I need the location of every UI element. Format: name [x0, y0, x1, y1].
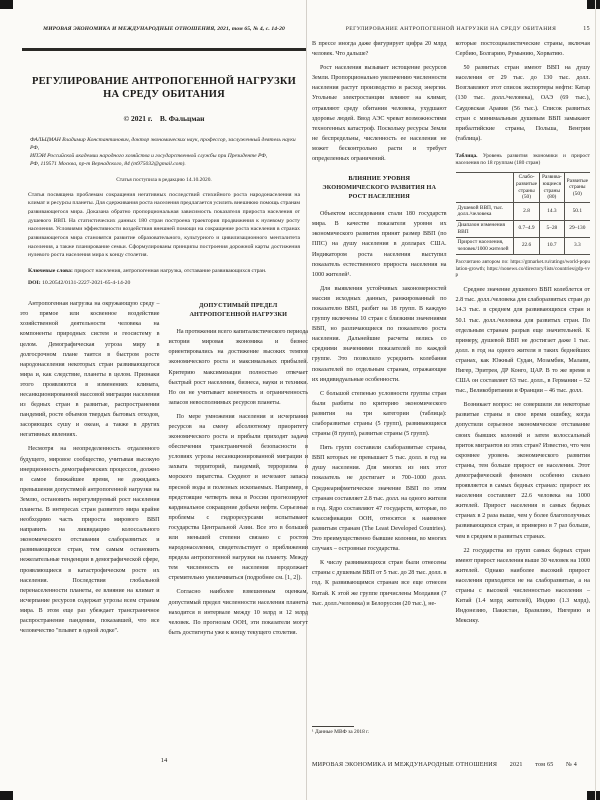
table-header-cell — [456, 172, 514, 202]
title-rule — [22, 48, 306, 51]
affiliation-line: ФАЛЬЦМАН Владимир Константинович, доктор… — [30, 136, 298, 152]
column-2: которые постсоциалистические страны, вкл… — [456, 39, 591, 626]
paragraph: 22 государства из групп самых бедных стр… — [456, 546, 591, 627]
column-1: Антропогенная нагрузка на окружающую сре… — [20, 299, 160, 638]
paragraph: Согласно наиболее взвешенным оценкам, до… — [169, 587, 309, 637]
table-header-cell: Развива-ющиеся страны (80) — [540, 172, 565, 202]
page-number: 14 — [20, 757, 308, 764]
journal-footer: МИРОВАЯ ЭКОНОМИКА И МЕЖДУНАРОДНЫЕ ОТНОШЕ… — [312, 762, 590, 768]
keywords-line: Ключевые слова: прирост населения, антро… — [28, 267, 300, 275]
keywords-label: Ключевые слова: — [28, 268, 73, 274]
body-columns: В прессе иногда даже фигурирует цифра 20… — [312, 39, 590, 626]
cell-value: 0.7–4.9 — [514, 220, 540, 237]
scanned-journal-spread: МИРОВАЯ ЭКОНОМИКА И МЕЖДУНАРОДНЫЕ ОТНОШЕ… — [0, 0, 600, 800]
scan-corner-mark — [587, 791, 600, 800]
cell-value: 29–130 — [564, 220, 590, 237]
copyright-author: © 2021 г. В. Фальцман — [20, 114, 308, 123]
affiliation-line: РФ, 119571 Москва, пр-т Вернадского, 84 … — [30, 160, 298, 168]
scan-corner-mark — [0, 0, 13, 9]
table-row: Диапазон изменения ВВП 0.7–4.9 5–28 29–1… — [456, 220, 591, 237]
footnote: ¹ Данные МВФ за 2018 г. — [312, 726, 444, 736]
article-title-line2: НА СРЕДУ ОБИТАНИЯ — [103, 89, 225, 100]
cell-value: 2.8 — [514, 203, 540, 220]
paragraph: Объектом исследования стали 180 государс… — [312, 209, 447, 280]
paragraph: По мере умножения населения и исчерпания… — [169, 412, 309, 584]
paragraph: Среднее значение душевого ВВП колеблется… — [456, 285, 591, 396]
table-header-cell: Слабо-развитые страны (50) — [514, 172, 540, 202]
footnote-text: ¹ Данные МВФ за 2018 г. — [312, 729, 444, 736]
table-caption: Таблица. Уровень развития экономики и пр… — [456, 153, 591, 167]
page-14: МИРОВАЯ ЭКОНОМИКА И МЕЖДУНАРОДНЫЕ ОТНОШЕ… — [20, 26, 308, 786]
abstract: Статья посвящена проблемам сокращения не… — [28, 191, 300, 261]
page-15: РЕГУЛИРОВАНИЕ АНТРОПОГЕННОЙ НАГРУЗКИ НА … — [312, 26, 590, 786]
doi-label: DOI: — [28, 280, 41, 286]
cell-value: 5–28 — [540, 220, 565, 237]
table-header-cell: Развитые страны (50) — [564, 172, 590, 202]
paragraph: 50 развитых стран имеют ВВП на душу насе… — [456, 63, 591, 144]
cell-value: 50.1 — [564, 203, 590, 220]
section-heading: ВЛИЯНИЕ УРОВНЯ ЭКОНОМИЧЕСКОГО РАЗВИТИЯ Н… — [322, 174, 437, 201]
cell-value: 10.7 — [540, 237, 565, 254]
running-head: РЕГУЛИРОВАНИЕ АНТРОПОГЕННОЙ НАГРУЗКИ НА … — [312, 26, 590, 32]
received-date: Статья поступила в редакцию 14.10.2020. — [20, 177, 308, 183]
paragraph: К числу развивающихся стран были отнесен… — [312, 558, 447, 608]
paragraph: С большой степенью условности группы стр… — [312, 389, 447, 439]
cell-value: 14.3 — [540, 203, 565, 220]
paragraph: Пять групп составили слаборазвитые стран… — [312, 443, 447, 554]
table-row: Прирост населения, человек/1000 жителей … — [456, 237, 591, 254]
table-source-note: Рассчитано автором по: https://gtmarket.… — [456, 259, 591, 279]
scan-corner-mark — [587, 0, 600, 9]
affiliation-line: ИПЭИ Российской академии народного хозяй… — [30, 152, 298, 160]
article-title: РЕГУЛИРОВАНИЕ АНТРОПОГЕННОЙ НАГРУЗКИ НА … — [26, 75, 302, 101]
data-table: Слабо-развитые страны (50) Развива-ющиес… — [456, 172, 591, 255]
section-heading: ДОПУСТИМЫЙ ПРЕДЕЛ АНТРОПОГЕННОЙ НАГРУЗКИ — [179, 301, 299, 319]
paragraph: В прессе иногда даже фигурирует цифра 20… — [312, 39, 447, 59]
paragraph: На протяжении всего капиталистического п… — [169, 327, 309, 408]
doi-value: 10.20542/0131-2227-2021-65-4-14-20 — [42, 280, 130, 286]
footnote-rule — [312, 726, 354, 727]
paragraph: Несмотря на неопределенность отдаленного… — [20, 444, 160, 636]
body-columns: Антропогенная нагрузка на окружающую сре… — [20, 299, 308, 638]
article-title-line1: РЕГУЛИРОВАНИЕ АНТРОПОГЕННОЙ НАГРУЗКИ — [32, 76, 296, 87]
table-caption-label: Таблица. — [456, 153, 478, 159]
keywords-text: прирост населения, антропогенная нагрузк… — [74, 268, 266, 274]
running-head: МИРОВАЯ ЭКОНОМИКА И МЕЖДУНАРОДНЫЕ ОТНОШЕ… — [20, 26, 308, 32]
page-number: 15 — [583, 26, 590, 32]
running-head-title: РЕГУЛИРОВАНИЕ АНТРОПОГЕННОЙ НАГРУЗКИ НА … — [346, 26, 556, 32]
paragraph: Антропогенная нагрузка на окружающую сре… — [20, 299, 160, 440]
paragraph: которые постсоциалистические страны, вкл… — [456, 39, 591, 59]
table-header-row: Слабо-развитые страны (50) Развива-ющиес… — [456, 172, 591, 202]
cell-value: 3.3 — [564, 237, 590, 254]
paragraph: Возникает вопрос: не совершили ли некото… — [456, 400, 591, 541]
author-affiliation: ФАЛЬЦМАН Владимир Константинович, доктор… — [30, 136, 298, 168]
row-label: Душевой ВВП, тыс. долл./человека — [456, 203, 514, 220]
table-row: Душевой ВВП, тыс. долл./человека 2.8 14.… — [456, 203, 591, 220]
doi-line: DOI: 10.20542/0131-2227-2021-65-4-14-20 — [28, 280, 300, 286]
paragraph: Рост населения вызывает истощение ресурс… — [312, 63, 447, 164]
scan-corner-mark — [0, 791, 13, 800]
page-edge — [595, 0, 596, 800]
row-label: Диапазон изменения ВВП — [456, 220, 514, 237]
data-table-block: Таблица. Уровень развития экономики и пр… — [456, 153, 591, 279]
column-1: В прессе иногда даже фигурирует цифра 20… — [312, 39, 447, 626]
paragraph: Для выявления устойчивых закономерностей… — [312, 284, 447, 385]
cell-value: 22.6 — [514, 237, 540, 254]
column-2: ДОПУСТИМЫЙ ПРЕДЕЛ АНТРОПОГЕННОЙ НАГРУЗКИ… — [169, 299, 309, 638]
row-label: Прирост населения, человек/1000 жителей — [456, 237, 514, 254]
